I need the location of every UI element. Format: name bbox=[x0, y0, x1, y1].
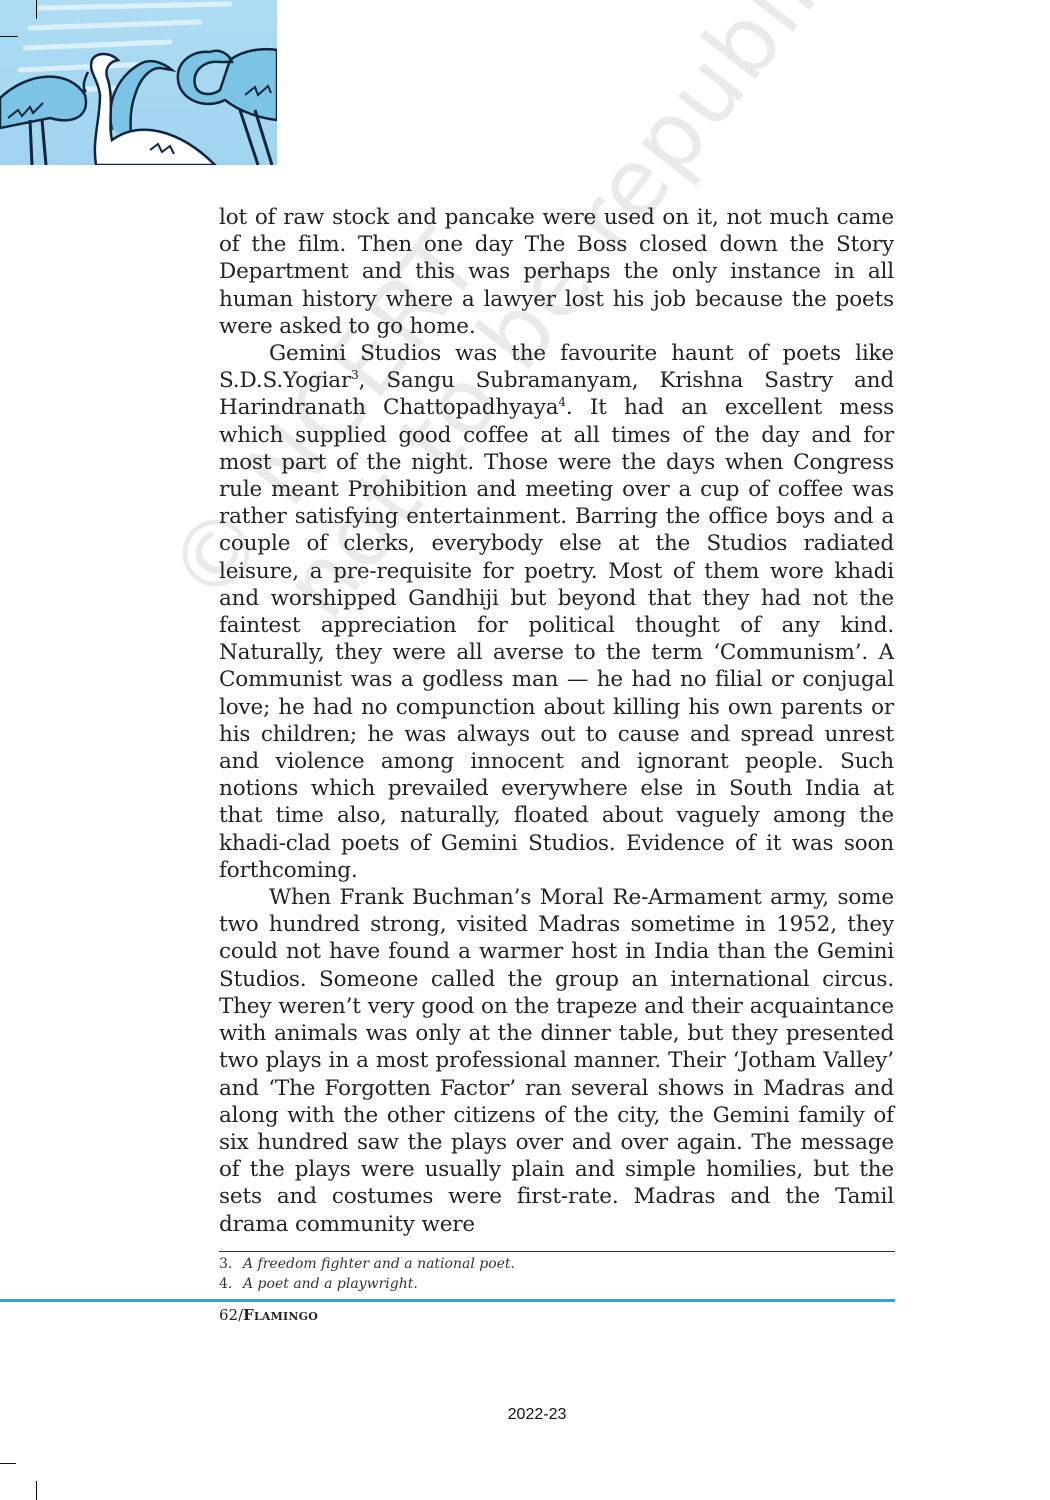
footnote-4: 4. A poet and a playwright. bbox=[219, 1275, 895, 1295]
footnote-ref-4: 4 bbox=[558, 395, 566, 409]
body-text: lot of raw stock and pancake were used o… bbox=[219, 204, 894, 1238]
flamingo-header-illustration bbox=[0, 0, 277, 165]
crop-mark bbox=[36, 1481, 37, 1500]
edition-year: 2022-23 bbox=[0, 1406, 1050, 1424]
paragraph-2-text-c: . It had an excellent mess which supplie… bbox=[219, 395, 894, 882]
footnote-number: 4. bbox=[219, 1275, 243, 1295]
footnote-text: A freedom fighter and a national poet. bbox=[243, 1255, 515, 1275]
crop-mark bbox=[0, 36, 18, 37]
paragraph-2: Gemini Studios was the favourite haunt o… bbox=[219, 340, 894, 884]
page-footer-rule bbox=[0, 1299, 895, 1302]
page-number: 62/ bbox=[219, 1306, 243, 1324]
folio: 62/Flamingo bbox=[219, 1306, 318, 1324]
book-title: Flamingo bbox=[243, 1306, 318, 1324]
footnotes: 3. A freedom fighter and a national poet… bbox=[219, 1255, 895, 1294]
paragraph-3: When Frank Buchman’s Moral Re-Armament a… bbox=[219, 884, 894, 1238]
footnote-ref-3: 3 bbox=[351, 368, 359, 382]
crop-mark bbox=[0, 1463, 16, 1464]
footnote-3: 3. A freedom fighter and a national poet… bbox=[219, 1255, 895, 1275]
footnote-number: 3. bbox=[219, 1255, 243, 1275]
crop-mark bbox=[36, 0, 37, 19]
footnote-text: A poet and a playwright. bbox=[243, 1275, 418, 1295]
flamingo-icon bbox=[0, 0, 277, 165]
footnote-divider bbox=[219, 1251, 895, 1252]
paragraph-1: lot of raw stock and pancake were used o… bbox=[219, 204, 894, 340]
